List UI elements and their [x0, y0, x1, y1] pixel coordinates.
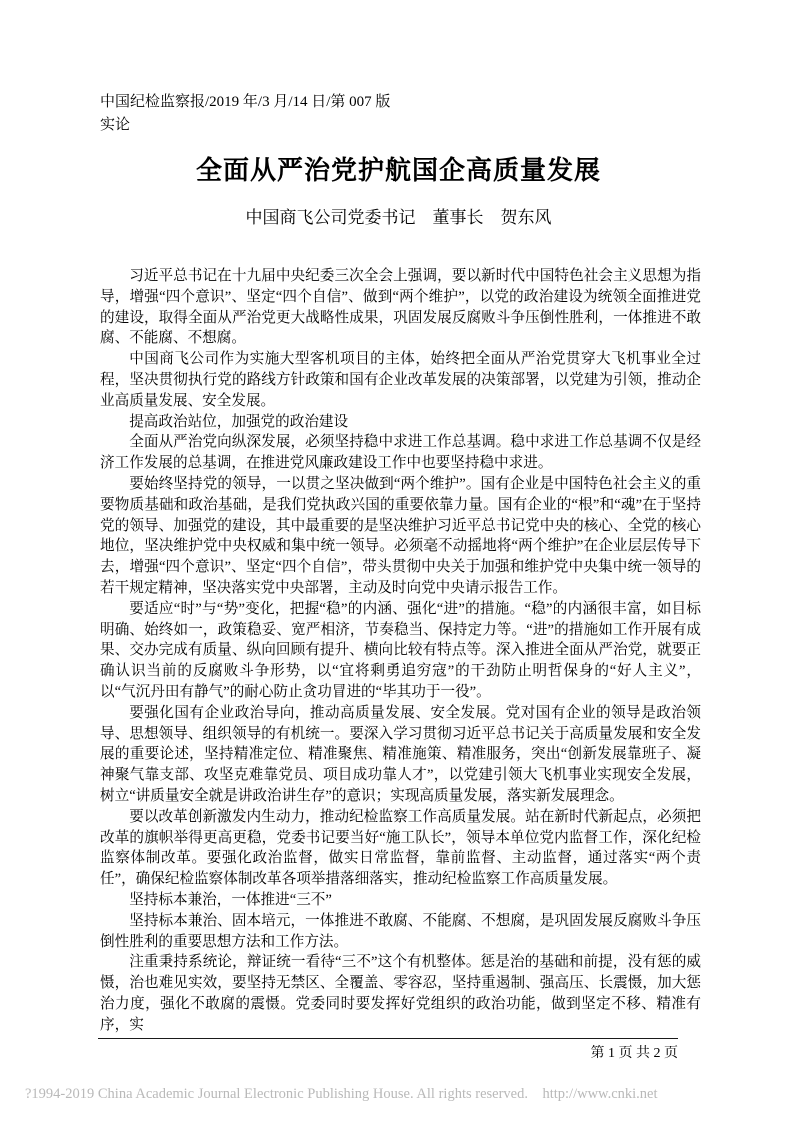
masthead: 中国纪检监察报/2019 年/3 月/14 日/第 007 版 实论: [100, 91, 700, 137]
paragraph: 要适应“时”与“势”变化，把握“稳”的内涵、强化“进”的措施。“稳”的内涵很丰富…: [100, 599, 701, 703]
paragraph: 习近平总书记在十九届中央纪委三次全会上强调，要以新时代中国特色社会主义思想为指导…: [100, 266, 701, 349]
paragraph: 全面从严治党向纵深发展，必须坚持稳中求进工作总基调。稳中求进工作总基调不仅是经济…: [100, 432, 701, 474]
footer-divider: [98, 1038, 678, 1039]
document-page: 中国纪检监察报/2019 年/3 月/14 日/第 007 版 实论 全面从严治…: [0, 0, 793, 1122]
article-body: 习近平总书记在十九届中央纪委三次全会上强调，要以新时代中国特色社会主义思想为指导…: [100, 266, 701, 1035]
page-indicator: 第 1 页 共 2 页: [98, 1042, 678, 1062]
paragraph: 要强化国有企业政治导向，推动高质量发展、安全发展。党对国有企业的领导是政治领导、…: [100, 703, 701, 807]
section-line: 实论: [100, 114, 700, 137]
article-byline: 中国商飞公司党委书记 董事长 贺东风: [100, 203, 697, 228]
article-title: 全面从严治党护航国企高质量发展: [100, 150, 697, 187]
paragraph: 要始终坚持党的领导，一以贯之坚决做到“两个维护”。国有企业是中国特色社会主义的重…: [100, 474, 701, 599]
section-subheading: 提高政治站位，加强党的政治建设: [100, 412, 701, 433]
source-line: 中国纪检监察报/2019 年/3 月/14 日/第 007 版: [100, 91, 700, 114]
paragraph: 中国商飞公司作为实施大型客机项目的主体，始终把全面从严治党贯穿大飞机事业全过程，…: [100, 349, 701, 411]
paragraph: 坚持标本兼治、固本培元，一体推进不敢腐、不能腐、不想腐，是巩固发展反腐败斗争压倒…: [100, 911, 701, 953]
paragraph: 要以改革创新激发内生动力，推动纪检监察工作高质量发展。站在新时代新起点，必须把改…: [100, 807, 701, 890]
section-subheading: 坚持标本兼治，一体推进“三不”: [100, 890, 701, 911]
copyright-notice: ?1994-2019 China Academic Journal Electr…: [25, 1086, 785, 1103]
paragraph: 注重秉持系统论，辩证统一看待“三不”这个有机整体。惩是治的基础和前提，没有惩的威…: [100, 952, 701, 1035]
